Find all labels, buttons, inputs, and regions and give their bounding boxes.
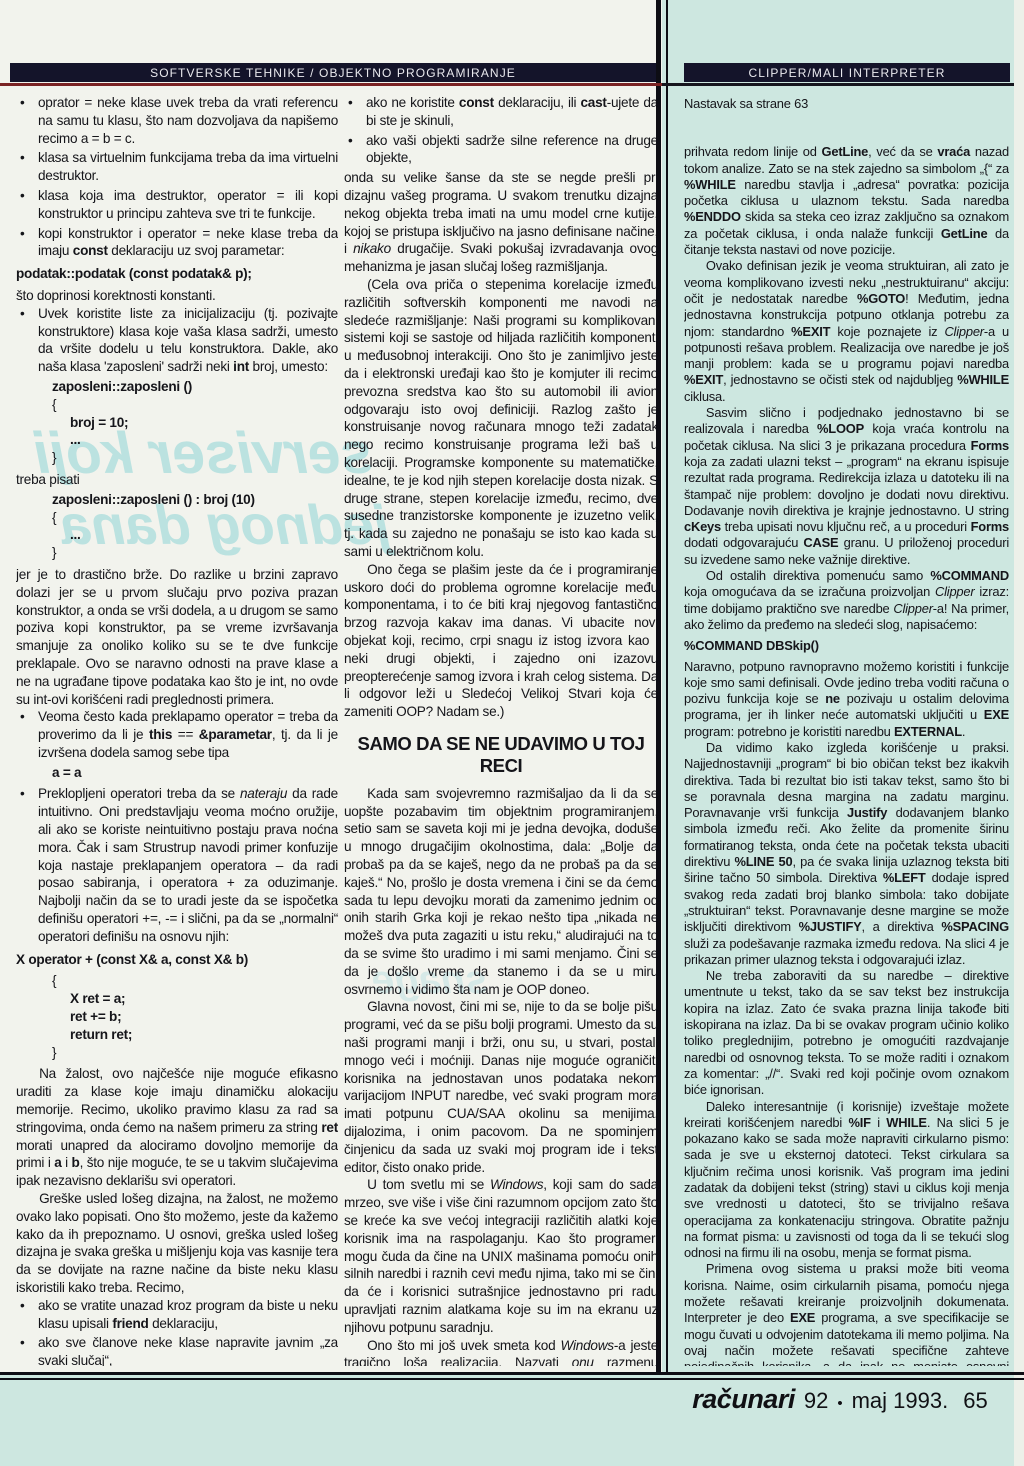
paragraph: treba pisati: [16, 471, 338, 489]
bullet-icon: •: [16, 187, 38, 223]
code-line: ...: [16, 526, 338, 544]
bullet-text: klasa sa virtuelnim funkcijama treba da …: [38, 149, 338, 185]
page-edge: [1014, 0, 1024, 1466]
footer-rule-thin: [0, 1378, 1024, 1380]
code-block: a = a: [16, 764, 338, 782]
bullet-item: •Veoma često kada preklapamo operator = …: [16, 708, 338, 761]
paragraph: Primena ovog sistema u praksi može biti …: [684, 1261, 1009, 1366]
code-line: zaposleni::zaposleni (): [16, 378, 338, 396]
paragraph: onda su velike šanse da ste se negde pre…: [344, 169, 658, 276]
column-divider-thin: [666, 0, 668, 1373]
code-line: return ret;: [16, 1026, 338, 1044]
paragraph: Kada sam svojevremno razmišaljao da li d…: [344, 785, 658, 999]
bullet-icon: •: [16, 149, 38, 185]
section-header-right: CLIPPER/MALI INTERPRETER: [684, 63, 1010, 82]
paragraph: Sasvim slično i podjednako jednostavno b…: [684, 405, 1009, 568]
paragraph: Da vidimo kako izgleda korišćenje u prak…: [684, 740, 1009, 968]
bullet-icon: •: [16, 1297, 38, 1333]
footer-date: maj 1993.: [852, 1388, 949, 1414]
code-line: podatak::podatak (const podatak& p);: [16, 265, 338, 283]
paragraph: Ne treba zaboraviti da su naredbe – dire…: [684, 968, 1009, 1098]
bullet-icon: •: [16, 305, 38, 376]
issue-number: 92: [804, 1388, 828, 1414]
section-heading: SAMO DA SE NE UDAVIMO U TOJ RECI: [344, 733, 658, 777]
bullet-text: Veoma često kada preklapamo operator = t…: [38, 708, 338, 761]
header-rule-red: [0, 83, 662, 86]
paragraph: U tom svetlu mi se Windows, koji sam do …: [344, 1176, 658, 1336]
code-line: }: [16, 1044, 338, 1062]
continuation-note: Nastavak sa strane 63: [684, 96, 1009, 112]
paragraph: prihvata redom linije od GetLine, već da…: [684, 144, 1009, 258]
magazine-page: serviser koji jednog dana snage SOFTVERS…: [0, 0, 1024, 1466]
article-column-2: •ako ne koristite const deklaraciju, ili…: [344, 94, 658, 1366]
paragraph: Naravno, potpuno ravnopravno možemo kori…: [684, 659, 1009, 740]
code-line: X operator + (const X& a, const X& b): [16, 951, 338, 969]
code-line: X ret = a;: [16, 990, 338, 1008]
bullet-text: oprator = neke klase uvek treba da vrati…: [38, 94, 338, 147]
bullet-item: •ako vaši objekti sadrže silne reference…: [344, 132, 658, 168]
magazine-logo: računari: [692, 1384, 795, 1415]
code-line: zaposleni::zaposleni () : broj (10): [16, 491, 338, 509]
code-line: {: [16, 509, 338, 527]
code-line: a = a: [16, 764, 338, 782]
bullet-item: •klasa koja ima destruktor, operator = i…: [16, 187, 338, 223]
code-line: ...: [16, 431, 338, 449]
bullet-item: •oprator = neke klase uvek treba da vrat…: [16, 94, 338, 147]
bullet-icon: •: [16, 785, 38, 945]
bullet-icon: •: [16, 1334, 38, 1366]
bullet-item: •Uvek koristite liste za inicijalizaciju…: [16, 305, 338, 376]
paragraph: Od ostalih direktiva pomenuću samo %COMM…: [684, 568, 1009, 633]
code-line: {: [16, 972, 338, 990]
bullet-item: •ako sve članove neke klase napravite ja…: [16, 1334, 338, 1366]
code-block: zaposleni::zaposleni (){broj = 10;...}: [16, 378, 338, 467]
section-header-left: SOFTVERSKE TEHNIKE / OBJEKTNO PROGRAMIRA…: [10, 63, 656, 82]
bullet-text: Uvek koristite liste za inicijalizaciju …: [38, 305, 338, 376]
paragraph: Glavna novost, čini mi se, nije to da se…: [344, 998, 658, 1176]
bullet-item: •ako ne koristite const deklaraciju, ili…: [344, 94, 658, 130]
bullet-text: ako vaši objekti sadrže silne reference …: [366, 132, 658, 168]
bullet-text: ako sve članove neke klase napravite jav…: [38, 1334, 338, 1366]
bullet-item: •ako se vratite unazad kroz program da b…: [16, 1297, 338, 1333]
bullet-icon: •: [16, 94, 38, 147]
footer-rule: [0, 1372, 1024, 1375]
bullet-icon: •: [344, 94, 366, 130]
code-line: {: [16, 396, 338, 414]
code-block: {X ret = a;ret += b;return ret;}: [16, 972, 338, 1061]
bullet-item: •klasa sa virtuelnim funkcijama treba da…: [16, 149, 338, 185]
bullet-icon: •: [16, 225, 38, 261]
code-block: zaposleni::zaposleni () : broj (10){...}: [16, 491, 338, 562]
paragraph: Ovako definisan jezik je veoma struktuir…: [684, 258, 1009, 405]
bullet-text: klasa koja ima destruktor, operator = il…: [38, 187, 338, 223]
bullet-text: ako ne koristite const deklaraciju, ili …: [366, 94, 658, 130]
footer-bullet-icon: •: [837, 1395, 842, 1412]
paragraph: (Cela ova priča o stepenima korelacije i…: [344, 276, 658, 561]
page-number: 65: [963, 1388, 987, 1414]
paragraph: jer je to drastično brže. Do razlike u b…: [16, 566, 338, 708]
paragraph: Ono što mi još uvek smeta kod Windows-a …: [344, 1337, 658, 1366]
paragraph: Greške usled lošeg dizajna, na žalost, n…: [16, 1190, 338, 1297]
bullet-item: •Preklopljeni operatori treba da se nate…: [16, 785, 338, 945]
paragraph: Ono čega se plašim jeste da će i program…: [344, 561, 658, 721]
header-rule-dark: [662, 83, 1014, 86]
bullet-text: kopi konstruktor i operator = neke klase…: [38, 225, 338, 261]
article-column-1: •oprator = neke klase uvek treba da vrat…: [16, 94, 338, 1366]
paragraph: Daleko interesantnije (i korisnije) izve…: [684, 1099, 1009, 1262]
code-line: }: [16, 449, 338, 467]
code-line: broj = 10;: [16, 414, 338, 432]
bullet-text: Preklopljeni operatori treba da se nater…: [38, 785, 338, 945]
article-column-3: Nastavak sa strane 63prihvata redom lini…: [684, 96, 1009, 1366]
paragraph: što doprinosi korektnosti konstanti.: [16, 287, 338, 305]
column-divider: [656, 0, 661, 1373]
code-line: ret += b;: [16, 1008, 338, 1026]
bullet-icon: •: [344, 132, 366, 168]
bullet-item: •kopi konstruktor i operator = neke klas…: [16, 225, 338, 261]
page-footer: računari 92 • maj 1993. 65: [668, 1384, 1012, 1415]
bullet-icon: •: [16, 708, 38, 761]
paragraph: Na žalost, ovo najčešće nije moguće efik…: [16, 1065, 338, 1190]
code-line: }: [16, 544, 338, 562]
bullet-text: ako se vratite unazad kroz program da bi…: [38, 1297, 338, 1333]
code-line: %COMMAND DBSkip(): [684, 638, 1009, 654]
